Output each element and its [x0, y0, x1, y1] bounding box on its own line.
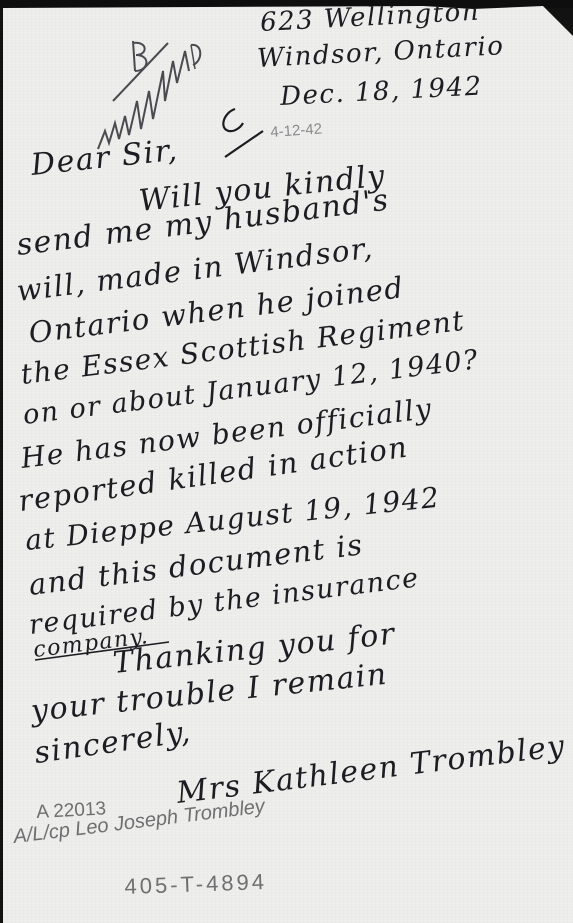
salutation: Dear Sir, — [29, 133, 180, 183]
address-line-2: Windsor, Ontario — [256, 31, 505, 74]
letter-date: Dec. 18, 1942 — [279, 71, 483, 112]
pencil-reference: 4-12-42 — [270, 120, 323, 141]
service-number: 405-T-4894 — [124, 869, 267, 900]
letter-page: 623 Wellington Windsor, Ontario Dec. 18,… — [3, 6, 573, 923]
check-mark-icon — [213, 101, 273, 161]
